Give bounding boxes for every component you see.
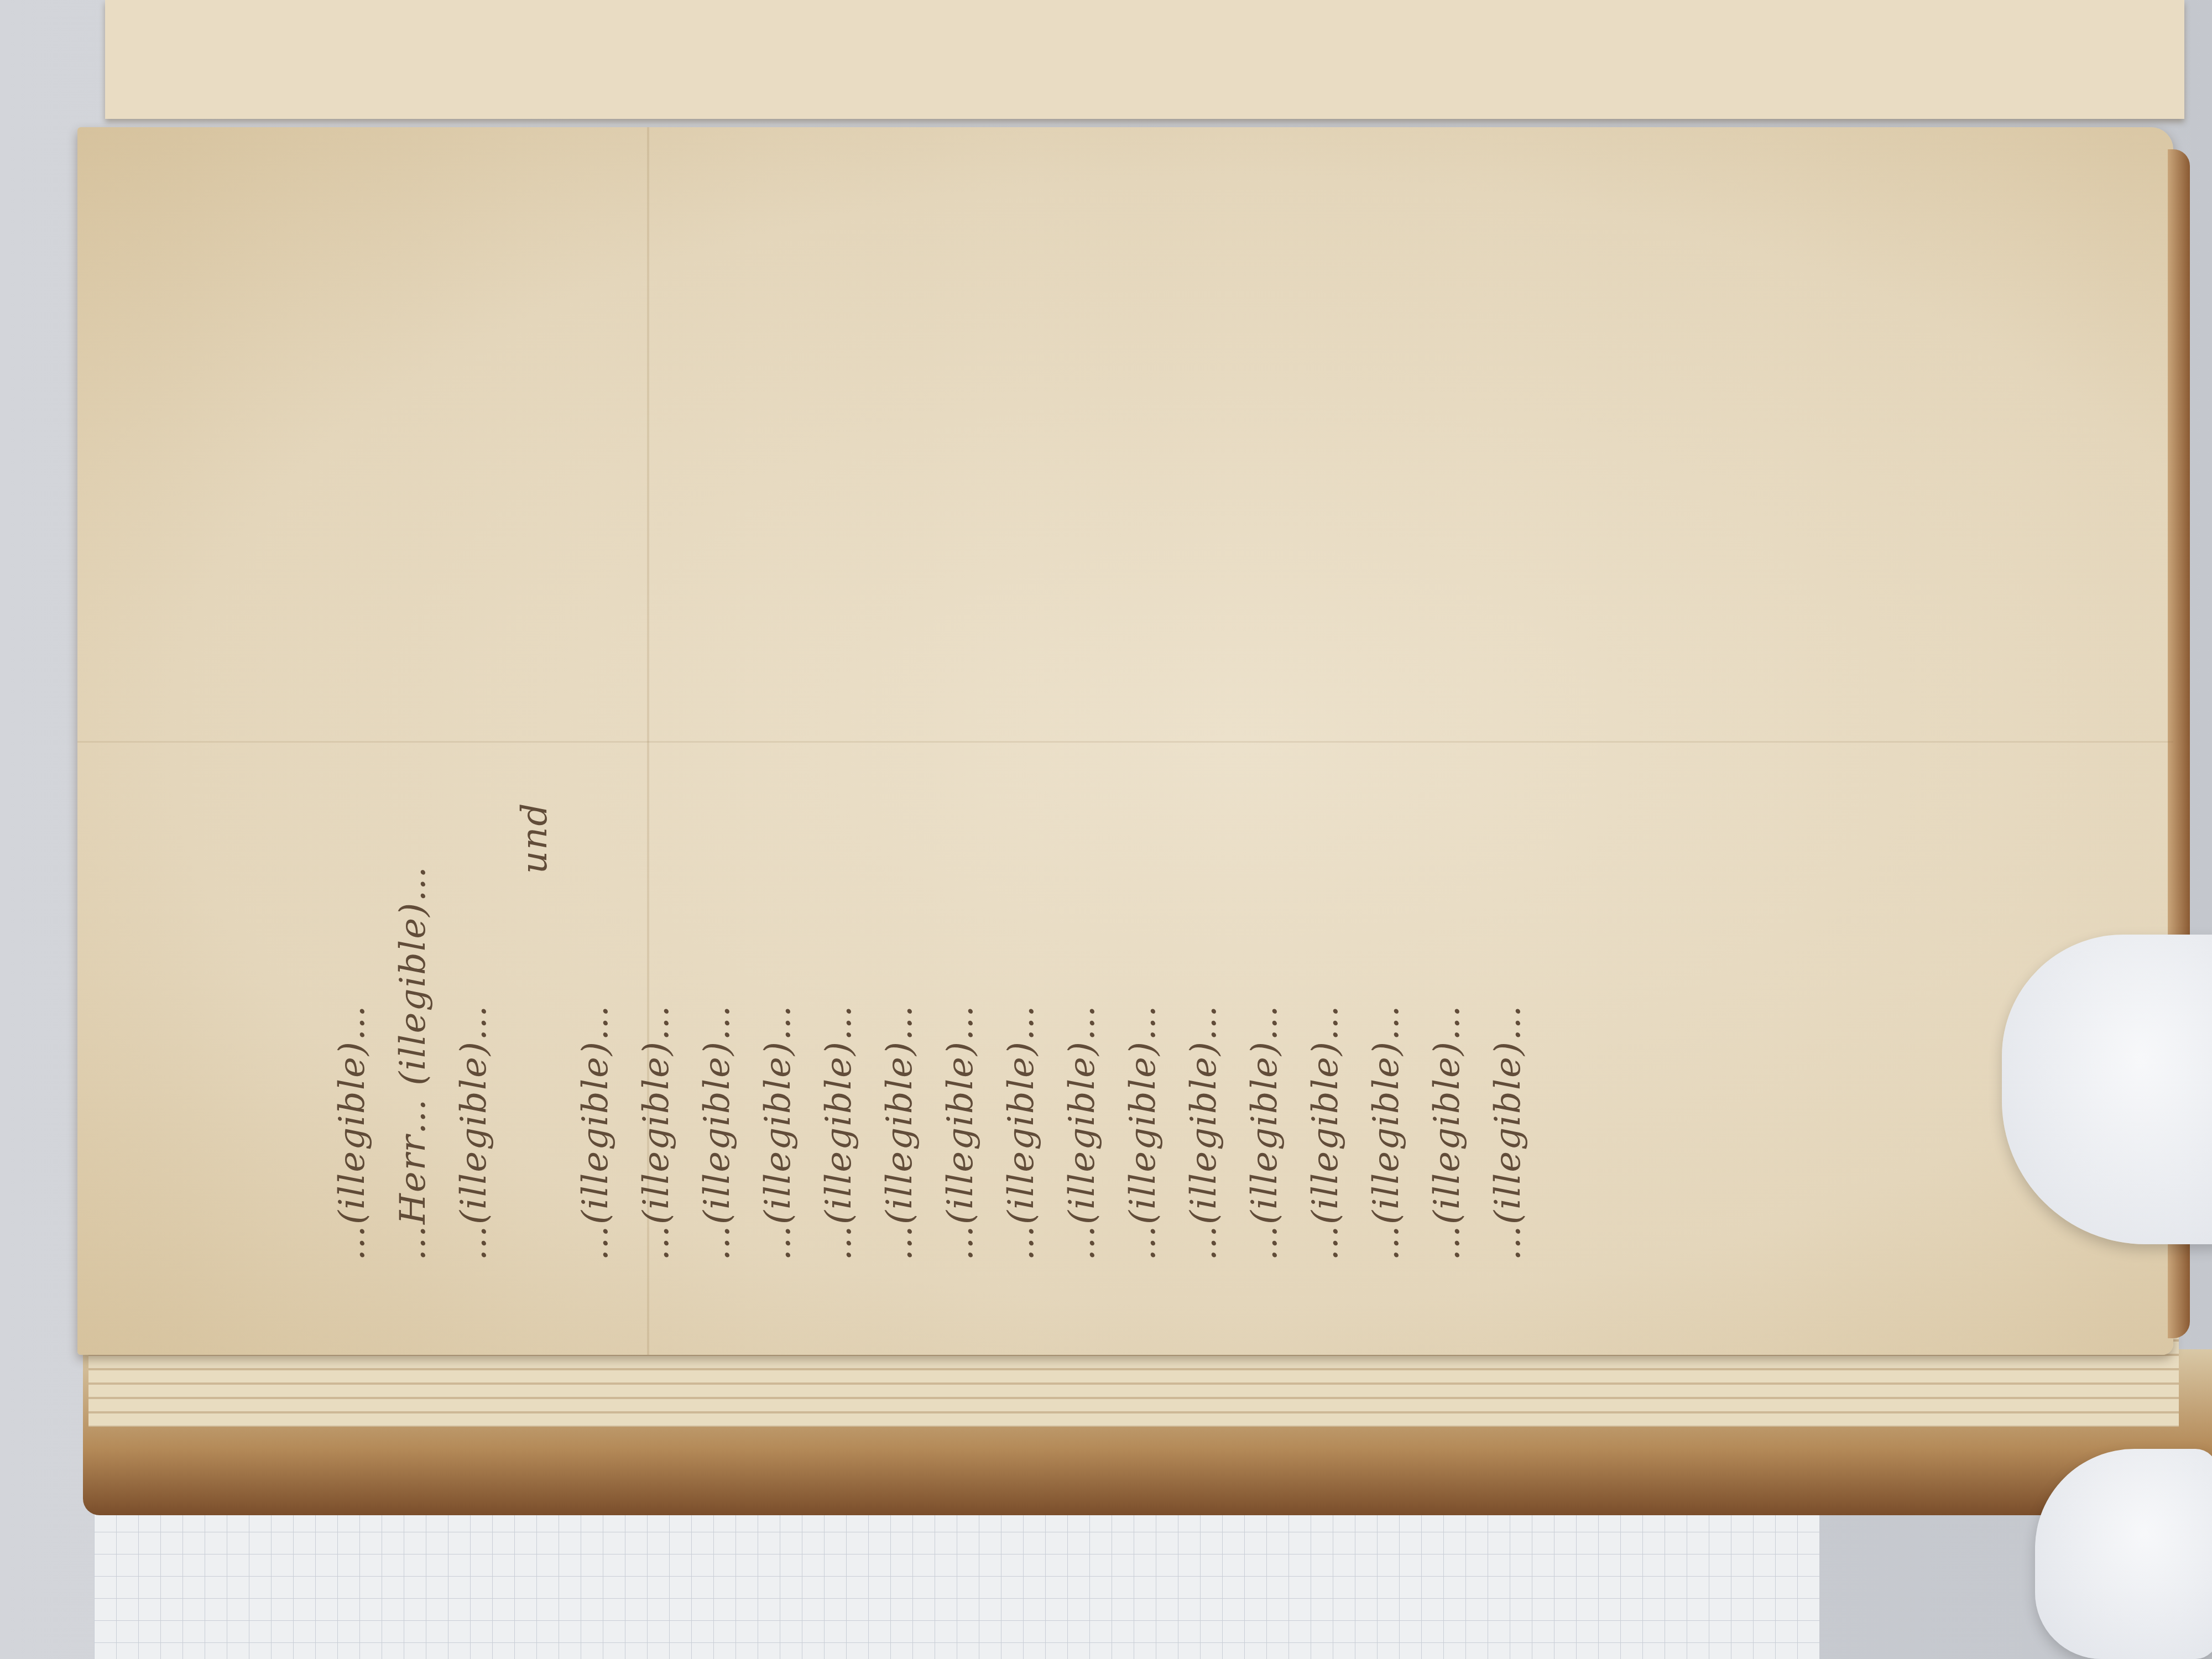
text-line: …(illegible)… bbox=[1488, 1004, 1528, 1261]
text-line: …(illegible)… bbox=[1244, 1004, 1285, 1261]
text-line: …(illegible)… bbox=[940, 1004, 981, 1261]
text-line: …(illegible)… bbox=[636, 1004, 677, 1261]
text-line: …(illegible)… bbox=[1123, 1004, 1164, 1261]
gloved-hand-lower bbox=[2035, 1449, 2212, 1659]
text-line: …(illegible)… bbox=[879, 1004, 920, 1261]
text-line: …(illegible)… bbox=[758, 1004, 799, 1261]
text-line: …(illegible)… bbox=[1062, 1004, 1103, 1261]
text-line: …(illegible)… bbox=[1001, 1004, 1042, 1261]
text-line: …Herr… (illegible)… bbox=[393, 865, 434, 1261]
text-line: …(illegible)… bbox=[1427, 1004, 1468, 1261]
text-line: und bbox=[514, 802, 555, 874]
text-line: …(illegible)… bbox=[453, 1004, 494, 1261]
text-line: …(illegible)… bbox=[818, 1004, 859, 1261]
text-line: …(illegible)… bbox=[1305, 1004, 1346, 1261]
handwritten-text-block: …(illegible)… …Herr… (illegible)… …(ille… bbox=[310, 44, 1775, 1261]
text-line: …(illegible)… bbox=[1183, 1004, 1224, 1261]
text-line: …(illegible)… bbox=[575, 1004, 616, 1261]
text-line: …(illegible)… bbox=[332, 1004, 373, 1261]
text-line: …(illegible)… bbox=[1366, 1004, 1407, 1261]
text-line: …(illegible)… bbox=[697, 1004, 738, 1261]
